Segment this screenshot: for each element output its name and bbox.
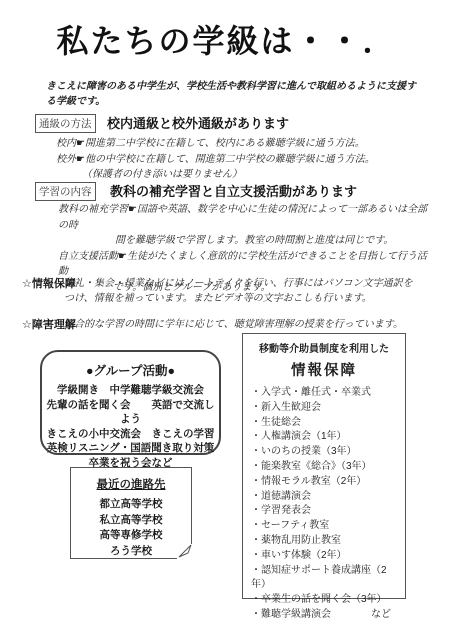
group-activities-bubble: ●グループ活動● 学級開き 中学難聴学級交流会先輩の話を聞く会 英語で交流しよう… xyxy=(40,350,221,455)
tsukyu-detail-line: 校内☛開進第二中学校に在籍して、校内にある難聴学級に通う方法。 xyxy=(56,136,416,152)
info-box: 移動等介助員制度を利用した 情報保障 ・入学式・離任式・卒業式・新入生歓迎会・生… xyxy=(242,333,406,599)
info-item: ・入学式・離任式・卒業式 xyxy=(251,386,401,401)
group-activities-title: ●グループ活動● xyxy=(42,361,219,379)
group-activities-lines: 学級開き 中学難聴学級交流会先輩の話を聞く会 英語で交流しようきこえの小中交流会… xyxy=(42,383,219,471)
info-box-etc: など xyxy=(371,608,391,623)
gakushu-detail-line: 教科の補充学習☛国語や英語、数学を中心に生徒の情況によって一部あるいは全部の時 xyxy=(58,202,428,233)
shogai-rikai-text: 総合的な学習の時間に学年に応じて、聴覚障害理解の授業を行っています。 xyxy=(64,317,424,332)
group-activity-line: きこえの小中交流会 きこえの学習 xyxy=(42,427,219,442)
career-note-items: 都立高等学校私立高等学校高等専修学校ろう学校 xyxy=(71,497,191,559)
career-item: 都立高等学校 xyxy=(71,497,191,513)
group-activity-line: 先輩の話を聞く会 英語で交流しよう xyxy=(42,398,219,427)
info-box-title: 情報保障 xyxy=(243,359,405,380)
document-page: 私たちの学級は・・． きこえに障害のある中学生が、学校生活や教科学習に進んで取組… xyxy=(0,0,453,640)
info-item: ・卒業生の話を聞く会（3年） xyxy=(251,593,401,608)
info-item: ・人権講演会（1年） xyxy=(251,430,401,445)
career-item: 私立高等学校 xyxy=(71,513,191,529)
career-item: ろう学校 xyxy=(71,544,191,560)
joho-hosho-text: 朝礼・集会・授業などにはノートテイクを行い、行事にはパソコン文字通訳をつけ、情報… xyxy=(64,276,418,306)
info-box-last-row: ・難聴学級講演会 など xyxy=(251,608,391,623)
tsukyu-detail-lines: 校内☛開進第二中学校に在籍して、校内にある難聴学級に通う方法。校外☛他の中学校に… xyxy=(56,136,416,183)
section-heading-tsukyu: 校内通級と校外通級があります xyxy=(107,113,289,132)
career-note: 最近の進路先 都立高等学校私立高等学校高等専修学校ろう学校 xyxy=(70,467,192,559)
info-box-items: ・入学式・離任式・卒業式・新入生歓迎会・生徒総会・人権講演会（1年）・いのちの授… xyxy=(251,386,401,608)
info-item: ・車いす体験（2年） xyxy=(251,549,401,564)
info-box-last-item: ・難聴学級講演会 xyxy=(251,608,331,623)
info-item: ・能楽教室《総合》（3年） xyxy=(251,460,401,475)
info-item: ・情報モラル教室（2年） xyxy=(251,475,401,490)
info-item: ・薬物乱用防止教室 xyxy=(251,534,401,549)
info-item: ・道徳講演会 xyxy=(251,490,401,505)
info-item: ・認知症サポート養成講座（2年） xyxy=(251,564,401,594)
gakushu-detail-line: 自立支援活動☛生徒がたくましく意欲的に学校生活ができることを目指して行う活動 xyxy=(58,249,428,280)
section-label-tsukyu: 通級の方法 xyxy=(35,114,96,133)
folded-corner-icon xyxy=(177,544,192,559)
section-label-gakushu: 学習の内容 xyxy=(35,182,96,201)
group-activity-line: 英検リスニング・国語聞き取り対策 xyxy=(42,441,219,456)
career-note-title: 最近の進路先 xyxy=(71,476,191,492)
info-box-header: 移動等介助員制度を利用した xyxy=(243,340,405,355)
page-title: 私たちの学級は・・． xyxy=(0,16,453,62)
info-item: ・いのちの授業（3年） xyxy=(251,445,401,460)
info-item: ・新入生歓迎会 xyxy=(251,401,401,416)
intro-text: きこえに障害のある中学生が、学校生活や教科学習に進んで取組めるように支援する学級… xyxy=(46,79,416,109)
section-heading-gakushu: 教科の補充学習と自立支援活動があります xyxy=(110,181,357,200)
group-activity-line: 学級開き 中学難聴学級交流会 xyxy=(42,383,219,398)
tsukyu-detail-line: 校外☛他の中学校に在籍して、開進第二中学校の難聴学級に通う方法。 xyxy=(56,152,416,168)
info-item: ・学習発表会 xyxy=(251,504,401,519)
info-item: ・セーフティ教室 xyxy=(251,519,401,534)
career-item: 高等専修学校 xyxy=(71,528,191,544)
info-item: ・生徒総会 xyxy=(251,416,401,431)
gakushu-detail-line: 間を難聴学級で学習します。教室の時間割と進度は同じです。 xyxy=(58,233,428,249)
